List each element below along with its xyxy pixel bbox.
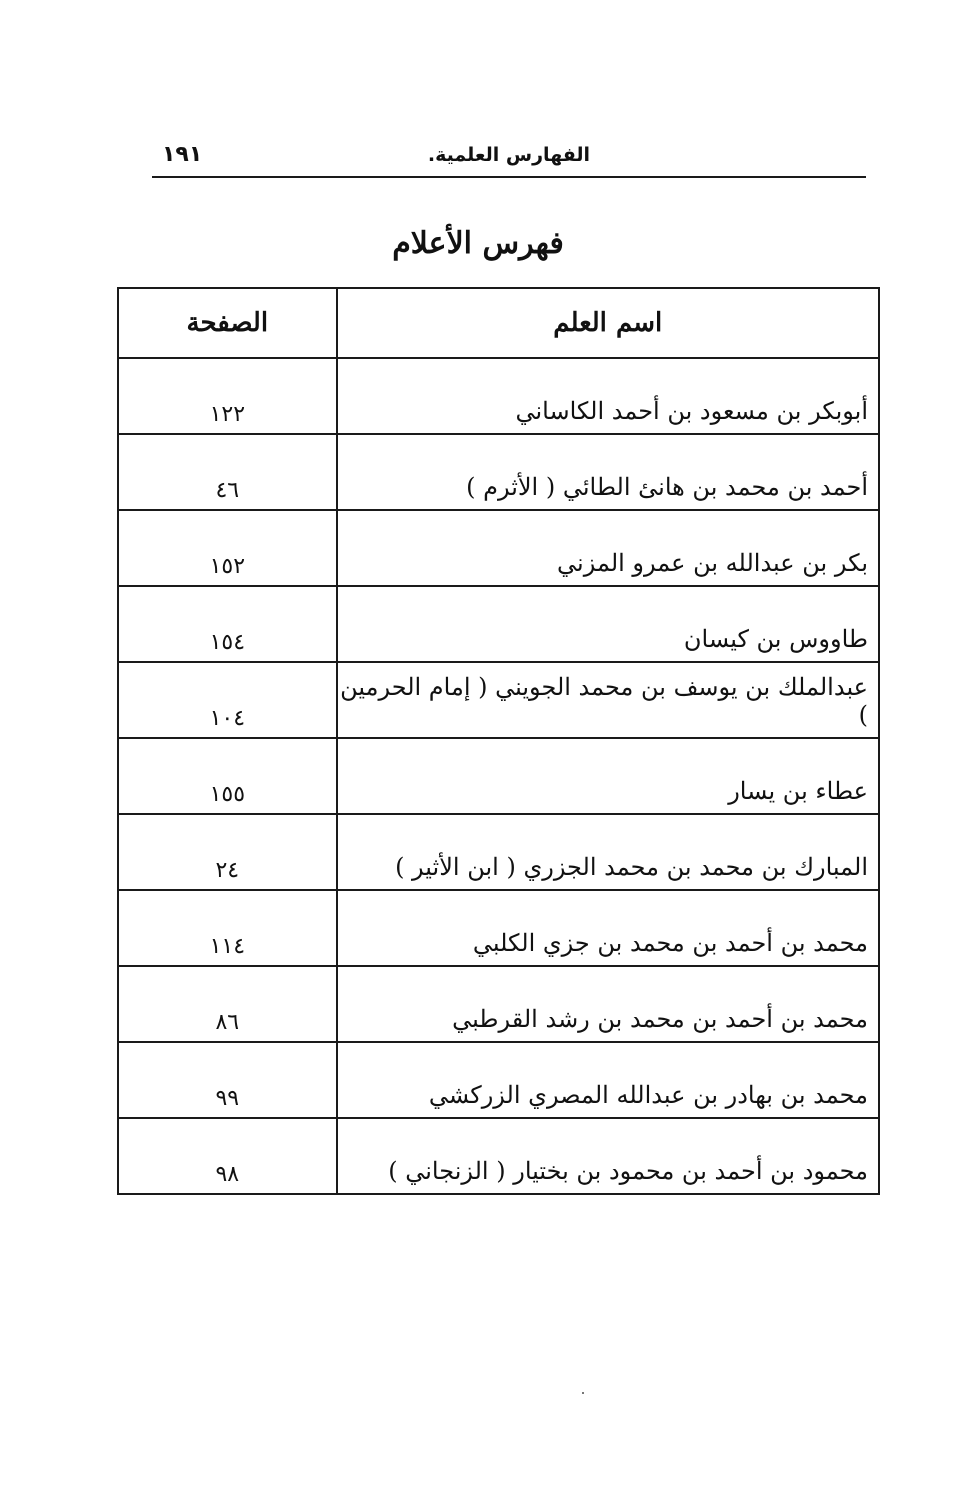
page-cell: ١١٤ [118, 890, 337, 966]
table-row: طاووس بن كيسان ١٥٤ [118, 586, 879, 662]
page-cell: ٩٩ [118, 1042, 337, 1118]
name-cell: محمود بن أحمد بن محمود بن بختيار ( الزنج… [337, 1118, 879, 1194]
table-row: محمد بن بهادر بن عبدالله المصري الزركشي … [118, 1042, 879, 1118]
table-row: عبدالملك بن يوسف بن محمد الجويني ( إمام … [118, 662, 879, 738]
table-row: محمد بن أحمد بن محمد بن رشد القرطبي ٨٦ [118, 966, 879, 1042]
scan-speck [582, 1392, 584, 1394]
name-cell: طاووس بن كيسان [337, 586, 879, 662]
page-cell: ١٢٢ [118, 358, 337, 434]
index-title: فهرس الأعلام [0, 226, 956, 261]
column-header-page: الصفحة [118, 288, 337, 358]
name-cell: محمد بن أحمد بن محمد بن رشد القرطبي [337, 966, 879, 1042]
page-cell: ١٥٤ [118, 586, 337, 662]
table-row: أبوبكر بن مسعود بن أحمد الكاساني ١٢٢ [118, 358, 879, 434]
table-row: محمود بن أحمد بن محمود بن بختيار ( الزنج… [118, 1118, 879, 1194]
page-cell: ١٥٥ [118, 738, 337, 814]
table-row: أحمد بن محمد بن هانئ الطائي ( الأثرم ) ٤… [118, 434, 879, 510]
table-row: المبارك بن محمد بن محمد الجزري ( ابن الأ… [118, 814, 879, 890]
name-cell: المبارك بن محمد بن محمد الجزري ( ابن الأ… [337, 814, 879, 890]
name-cell: عطاء بن يسار [337, 738, 879, 814]
running-header: الفهارس العلمية. ١٩١ [152, 140, 866, 178]
page-cell: ٨٦ [118, 966, 337, 1042]
name-cell: أبوبكر بن مسعود بن أحمد الكاساني [337, 358, 879, 434]
page-cell: ١٥٢ [118, 510, 337, 586]
name-cell: أحمد بن محمد بن هانئ الطائي ( الأثرم ) [337, 434, 879, 510]
page-number: ١٩١ [162, 142, 202, 167]
table-row: بكر بن عبدالله بن عمرو المزني ١٥٢ [118, 510, 879, 586]
table-row: محمد بن أحمد بن محمد بن جزي الكلبي ١١٤ [118, 890, 879, 966]
name-cell: محمد بن بهادر بن عبدالله المصري الزركشي [337, 1042, 879, 1118]
page-cell: ٩٨ [118, 1118, 337, 1194]
page-cell: ١٠٤ [118, 662, 337, 738]
name-cell: عبدالملك بن يوسف بن محمد الجويني ( إمام … [337, 662, 879, 738]
name-cell: محمد بن أحمد بن محمد بن جزي الكلبي [337, 890, 879, 966]
page-cell: ٢٤ [118, 814, 337, 890]
table-row: عطاء بن يسار ١٥٥ [118, 738, 879, 814]
running-title: الفهارس العلمية. [152, 144, 866, 166]
table-header-row: اسم العلم الصفحة [118, 288, 879, 358]
name-cell: بكر بن عبدالله بن عمرو المزني [337, 510, 879, 586]
page-cell: ٤٦ [118, 434, 337, 510]
column-header-name: اسم العلم [337, 288, 879, 358]
index-table: اسم العلم الصفحة أبوبكر بن مسعود بن أحمد… [117, 287, 880, 1195]
